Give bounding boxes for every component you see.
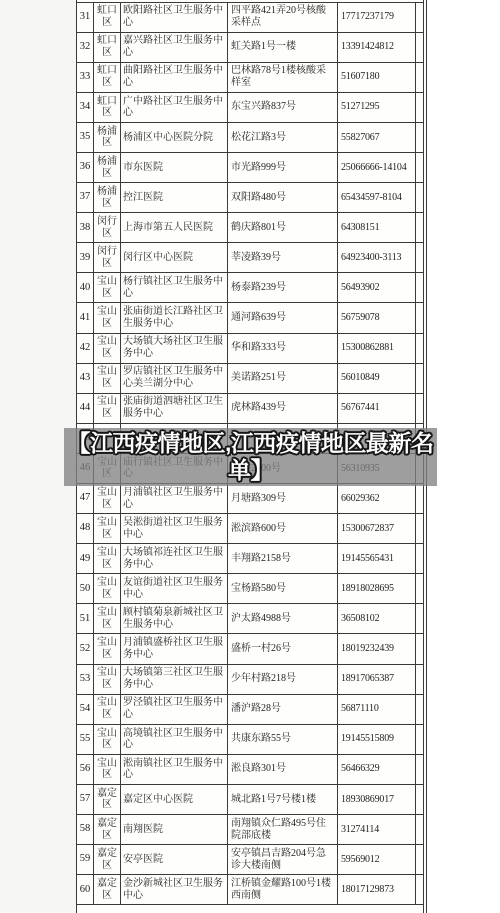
spacer-cell: [416, 243, 423, 272]
spacer-cell: [416, 634, 423, 663]
spacer-cell: [416, 454, 423, 483]
facility-name-cell: 嘉定区中心医院: [121, 785, 228, 814]
spacer-cell: [416, 63, 423, 92]
phone-cell: 55827067: [338, 123, 416, 152]
facility-name-cell: 月浦镇盛桥社区卫生服务中心: [121, 634, 228, 663]
district-cell: 闵行区: [94, 213, 121, 242]
spacer-cell: [416, 695, 423, 724]
table-row: 49 宝山区 大场镇祁连社区卫生服务中心 丰翔路2158号 1914556543…: [77, 544, 423, 574]
address-cell: 江桥镇金耀路100号1楼西南侧: [228, 875, 338, 904]
facility-name-cell: 控江医院: [121, 183, 228, 212]
district-cell: 杨浦区: [94, 153, 121, 182]
district-cell: 宝山区: [94, 394, 121, 423]
table-row: 53 宝山区 大场镇第三社区卫生服务中心 少年村路218号 1891706538…: [77, 665, 423, 695]
row-number-cell: 35: [77, 123, 94, 152]
table-row: 46 宝山区 庙行镇社区卫生服务中心 西路2700号 56310935: [77, 454, 423, 484]
phone-cell: 17717237179: [338, 3, 416, 32]
district-cell: 嘉定区: [94, 785, 121, 814]
phone-cell: 18930869017: [338, 785, 416, 814]
row-number-cell: 57: [77, 785, 94, 814]
phone-cell: 56466329: [338, 755, 416, 784]
spacer-cell: [416, 183, 423, 212]
address-cell: 丰翔路2158号: [228, 544, 338, 573]
address-cell: 盛桥一村26号: [228, 634, 338, 663]
address-cell: 美诺路251号: [228, 364, 338, 393]
phone-cell: 36508102: [338, 604, 416, 633]
address-cell: 鹤庆路801号: [228, 213, 338, 242]
spacer-cell: [416, 153, 423, 182]
address-cell: 淞良路301号: [228, 755, 338, 784]
spacer-cell: [416, 273, 423, 302]
facility-name-cell: 广中路社区卫生服务中心: [121, 93, 228, 122]
address-cell: 虹关路1号一楼: [228, 33, 338, 62]
spacer-cell: [416, 544, 423, 573]
district-cell: 宝山区: [94, 695, 121, 724]
table-row: 32 虹口区 嘉兴路社区卫生服务中心 虹关路1号一楼 13391424812: [77, 33, 423, 63]
page-right-margin: [427, 0, 500, 913]
facility-name-cell: 吴淞街道社区卫生服务中心: [121, 514, 228, 543]
phone-cell: 56493902: [338, 273, 416, 302]
row-number-cell: 34: [77, 93, 94, 122]
table-row: 51 宝山区 顾村镇菊泉新城社区卫生服务中心 沪太路4988号 36508102: [77, 604, 423, 634]
phone-cell: 18017129873: [338, 875, 416, 904]
phone-cell: 18918028695: [338, 574, 416, 603]
facility-name-cell: 淞南镇社区卫生服务中心: [121, 755, 228, 784]
table-row: 59 嘉定区 安亭医院 安亭镇昌吉路204号急诊大楼南侧 59569012: [77, 845, 423, 875]
district-cell: 嘉定区: [94, 845, 121, 874]
row-number-cell: 40: [77, 273, 94, 302]
table-row: 52 宝山区 月浦镇盛桥社区卫生服务中心 盛桥一村26号 18019232439: [77, 634, 423, 664]
spacer-cell: [416, 484, 423, 513]
row-number-cell: 54: [77, 695, 94, 724]
district-cell: [94, 424, 121, 453]
health-centers-table: 31 虹口区 欧阳路社区卫生服务中心 四平路421弄20号核酸采样点 17717…: [76, 0, 424, 913]
table-body: 31 虹口区 欧阳路社区卫生服务中心 四平路421弄20号核酸采样点 17717…: [77, 3, 423, 906]
phone-cell: 18019232439: [338, 634, 416, 663]
phone-cell: 51271295: [338, 93, 416, 122]
facility-name-cell: 顾村镇菊泉新城社区卫生服务中心: [121, 604, 228, 633]
phone-cell: 31274114: [338, 815, 416, 844]
row-number-cell: 56: [77, 755, 94, 784]
address-cell: 西路2700号: [228, 454, 338, 483]
row-number-cell: 52: [77, 634, 94, 663]
facility-name-cell: 罗店镇社区卫生服务中心美兰湖分中心: [121, 364, 228, 393]
phone-cell: 56871110: [338, 695, 416, 724]
table-row: 37 杨浦区 控江医院 双阳路480号 65434597-8104: [77, 183, 423, 213]
phone-cell: 15300862881: [338, 334, 416, 363]
row-number-cell: 58: [77, 815, 94, 844]
facility-name-cell: 嘉兴路社区卫生服务中心: [121, 33, 228, 62]
row-number-cell: 32: [77, 33, 94, 62]
district-cell: 宝山区: [94, 364, 121, 393]
phone-cell: 19145565431: [338, 544, 416, 573]
facility-name-cell: 大场镇大场社区卫生服务中心: [121, 334, 228, 363]
spacer-cell: [416, 845, 423, 874]
address-cell: 杨泰路239号: [228, 273, 338, 302]
row-number-cell: 31: [77, 3, 94, 32]
facility-name-cell: 杨行镇社区卫生服务中心: [121, 273, 228, 302]
facility-name-cell: 大场镇第三社区卫生服务中心: [121, 665, 228, 694]
row-number-cell: 51: [77, 604, 94, 633]
table-row: 54 宝山区 罗泾镇社区卫生服务中心 潘沪路28号 56871110: [77, 695, 423, 725]
spacer-cell: [416, 364, 423, 393]
table-row: 48 宝山区 吴淞街道社区卫生服务中心 淞滨路600号 15300672837: [77, 514, 423, 544]
row-number-cell: 50: [77, 574, 94, 603]
row-number-cell: 43: [77, 364, 94, 393]
facility-name-cell: 曲阳路社区卫生服务中心: [121, 63, 228, 92]
row-number-cell: 53: [77, 665, 94, 694]
district-cell: 宝山区: [94, 755, 121, 784]
facility-name-cell: 金沙新城社区卫生服务中心: [121, 875, 228, 904]
spacer-cell: [416, 665, 423, 694]
spacer-cell: [416, 334, 423, 363]
phone-cell: 65434597-8104: [338, 183, 416, 212]
table-row: 40 宝山区 杨行镇社区卫生服务中心 杨泰路239号 56493902: [77, 273, 423, 303]
row-number-cell: 41: [77, 303, 94, 332]
district-cell: 虹口区: [94, 63, 121, 92]
district-cell: 宝山区: [94, 334, 121, 363]
spacer-cell: [416, 815, 423, 844]
address-cell: 南翔镇众仁路495号住院部底楼: [228, 815, 338, 844]
address-cell: 宝杨路580号: [228, 574, 338, 603]
address-cell: 共康东路55号: [228, 725, 338, 754]
address-cell: 华和路333号: [228, 334, 338, 363]
phone-cell: 19145515809: [338, 725, 416, 754]
table-row: 38 闵行区 上海市第五人民医院 鹤庆路801号 64308151: [77, 213, 423, 243]
district-cell: 宝山区: [94, 544, 121, 573]
address-cell: 莘凌路39号: [228, 243, 338, 272]
phone-cell: 66029362: [338, 484, 416, 513]
address-cell: 月塘路309号: [228, 484, 338, 513]
row-number-cell: 49: [77, 544, 94, 573]
facility-name-cell: 月浦镇社区卫生服务中心: [121, 484, 228, 513]
district-cell: 宝山区: [94, 725, 121, 754]
row-number-cell: 42: [77, 334, 94, 363]
address-cell: 沪太路4988号: [228, 604, 338, 633]
row-number-cell: 60: [77, 875, 94, 904]
table-row: 47 宝山区 月浦镇社区卫生服务中心 月塘路309号 66029362: [77, 484, 423, 514]
district-cell: 宝山区: [94, 303, 121, 332]
district-cell: 杨浦区: [94, 123, 121, 152]
district-cell: 虹口区: [94, 93, 121, 122]
facility-name-cell: 高境镇社区卫生服务中心: [121, 725, 228, 754]
district-cell: 宝山区: [94, 273, 121, 302]
spacer-cell: [416, 755, 423, 784]
facility-name-cell: 安亭医院: [121, 845, 228, 874]
address-cell: 松花江路3号: [228, 123, 338, 152]
phone-cell: 64923400-3113: [338, 243, 416, 272]
facility-name-cell: 南翔医院: [121, 815, 228, 844]
phone-cell: 15300672837: [338, 514, 416, 543]
spacer-cell: [416, 785, 423, 814]
district-cell: 宝山区: [94, 574, 121, 603]
district-cell: 虹口区: [94, 3, 121, 32]
spacer-cell: [416, 394, 423, 423]
row-number-cell: 39: [77, 243, 94, 272]
table-row: 44 宝山区 张庙街道泗塘社区卫生服务中心 虎林路439号 56767441: [77, 394, 423, 424]
phone-cell: [338, 424, 416, 453]
table-row: 60 嘉定区 金沙新城社区卫生服务中心 江桥镇金耀路100号1楼西南侧 1801…: [77, 875, 423, 905]
spacer-cell: [416, 514, 423, 543]
page-left-margin: [0, 0, 76, 913]
facility-name-cell: 庙行镇社区卫生服务中心: [121, 454, 228, 483]
row-number-cell: 46: [77, 454, 94, 483]
spacer-cell: [416, 574, 423, 603]
phone-cell: 18917065387: [338, 665, 416, 694]
phone-cell: 59569012: [338, 845, 416, 874]
row-number-cell: 48: [77, 514, 94, 543]
facility-name-cell: 张庙街道长江路社区卫生服务中心: [121, 303, 228, 332]
table-row: 33 虹口区 曲阳路社区卫生服务中心 巴林路78号1楼核酸采样室 5160718…: [77, 63, 423, 93]
address-cell: 四平路421弄20号核酸采样点: [228, 3, 338, 32]
spacer-cell: [416, 3, 423, 32]
address-cell: 巴林路78号1楼核酸采样室: [228, 63, 338, 92]
spacer-cell: [416, 33, 423, 62]
phone-cell: 25066666-14104: [338, 153, 416, 182]
phone-cell: 56759078: [338, 303, 416, 332]
facility-name-cell: 闵行区中心医院: [121, 243, 228, 272]
address-cell: 双阳路480号: [228, 183, 338, 212]
facility-name-cell: 市东医院: [121, 153, 228, 182]
address-cell: 东宝兴路837号: [228, 93, 338, 122]
address-cell: 潘沪路28号: [228, 695, 338, 724]
spacer-cell: [416, 93, 423, 122]
facility-name-cell: [121, 424, 228, 453]
row-number-cell: 36: [77, 153, 94, 182]
address-cell: 城北路1号7号楼1楼: [228, 785, 338, 814]
district-cell: 宝山区: [94, 634, 121, 663]
row-number-cell: 38: [77, 213, 94, 242]
table-row: 42 宝山区 大场镇大场社区卫生服务中心 华和路333号 15300862881: [77, 334, 423, 364]
phone-cell: 56310935: [338, 454, 416, 483]
district-cell: 宝山区: [94, 665, 121, 694]
row-number-cell: 45: [77, 424, 94, 453]
row-number-cell: 33: [77, 63, 94, 92]
table-row: 50 宝山区 友谊街道社区卫生服务中心 宝杨路580号 18918028695: [77, 574, 423, 604]
spacer-cell: [416, 875, 423, 904]
facility-name-cell: 大场镇祁连社区卫生服务中心: [121, 544, 228, 573]
row-number-cell: 37: [77, 183, 94, 212]
spacer-cell: [416, 123, 423, 152]
spacer-cell: [416, 725, 423, 754]
table-row: 43 宝山区 罗店镇社区卫生服务中心美兰湖分中心 美诺路251号 5601084…: [77, 364, 423, 394]
spacer-cell: [416, 424, 423, 453]
facility-name-cell: 友谊街道社区卫生服务中心: [121, 574, 228, 603]
row-number-cell: 47: [77, 484, 94, 513]
spacer-cell: [416, 213, 423, 242]
district-cell: 宝山区: [94, 454, 121, 483]
facility-name-cell: 罗泾镇社区卫生服务中心: [121, 695, 228, 724]
table-row: 41 宝山区 张庙街道长江路社区卫生服务中心 通河路639号 56759078: [77, 303, 423, 333]
address-cell: 市光路999号: [228, 153, 338, 182]
facility-name-cell: 上海市第五人民医院: [121, 213, 228, 242]
address-cell: 安亭镇昌吉路204号急诊大楼南侧: [228, 845, 338, 874]
phone-cell: 64308151: [338, 213, 416, 242]
district-cell: 杨浦区: [94, 183, 121, 212]
table-bottom-partial-row: [77, 905, 423, 913]
district-cell: 嘉定区: [94, 815, 121, 844]
table-row: 39 闵行区 闵行区中心医院 莘凌路39号 64923400-3113: [77, 243, 423, 273]
district-cell: 嘉定区: [94, 875, 121, 904]
address-cell: 淞滨路600号: [228, 514, 338, 543]
address-cell: [228, 424, 338, 453]
phone-cell: 56767441: [338, 394, 416, 423]
address-cell: 通河路639号: [228, 303, 338, 332]
district-cell: 宝山区: [94, 484, 121, 513]
table-row: 35 杨浦区 杨浦区中心医院分院 松花江路3号 55827067: [77, 123, 423, 153]
table-row: 36 杨浦区 市东医院 市光路999号 25066666-14104: [77, 153, 423, 183]
phone-cell: 51607180: [338, 63, 416, 92]
row-number-cell: 59: [77, 845, 94, 874]
address-cell: 少年村路218号: [228, 665, 338, 694]
table-row: 45: [77, 424, 423, 454]
facility-name-cell: 杨浦区中心医院分院: [121, 123, 228, 152]
table-row: 57 嘉定区 嘉定区中心医院 城北路1号7号楼1楼 18930869017: [77, 785, 423, 815]
row-number-cell: 55: [77, 725, 94, 754]
table-row: 55 宝山区 高境镇社区卫生服务中心 共康东路55号 19145515809: [77, 725, 423, 755]
district-cell: 闵行区: [94, 243, 121, 272]
table-row: 31 虹口区 欧阳路社区卫生服务中心 四平路421弄20号核酸采样点 17717…: [77, 3, 423, 33]
table-row: 34 虹口区 广中路社区卫生服务中心 东宝兴路837号 51271295: [77, 93, 423, 123]
district-cell: 虹口区: [94, 33, 121, 62]
facility-name-cell: 欧阳路社区卫生服务中心: [121, 3, 228, 32]
table-row: 56 宝山区 淞南镇社区卫生服务中心 淞良路301号 56466329: [77, 755, 423, 785]
district-cell: 宝山区: [94, 604, 121, 633]
row-number-cell: 44: [77, 394, 94, 423]
facility-name-cell: 张庙街道泗塘社区卫生服务中心: [121, 394, 228, 423]
address-cell: 虎林路439号: [228, 394, 338, 423]
table-row: 58 嘉定区 南翔医院 南翔镇众仁路495号住院部底楼 31274114: [77, 815, 423, 845]
phone-cell: 13391424812: [338, 33, 416, 62]
phone-cell: 56010849: [338, 364, 416, 393]
spacer-cell: [416, 604, 423, 633]
district-cell: 宝山区: [94, 514, 121, 543]
spacer-cell: [416, 303, 423, 332]
